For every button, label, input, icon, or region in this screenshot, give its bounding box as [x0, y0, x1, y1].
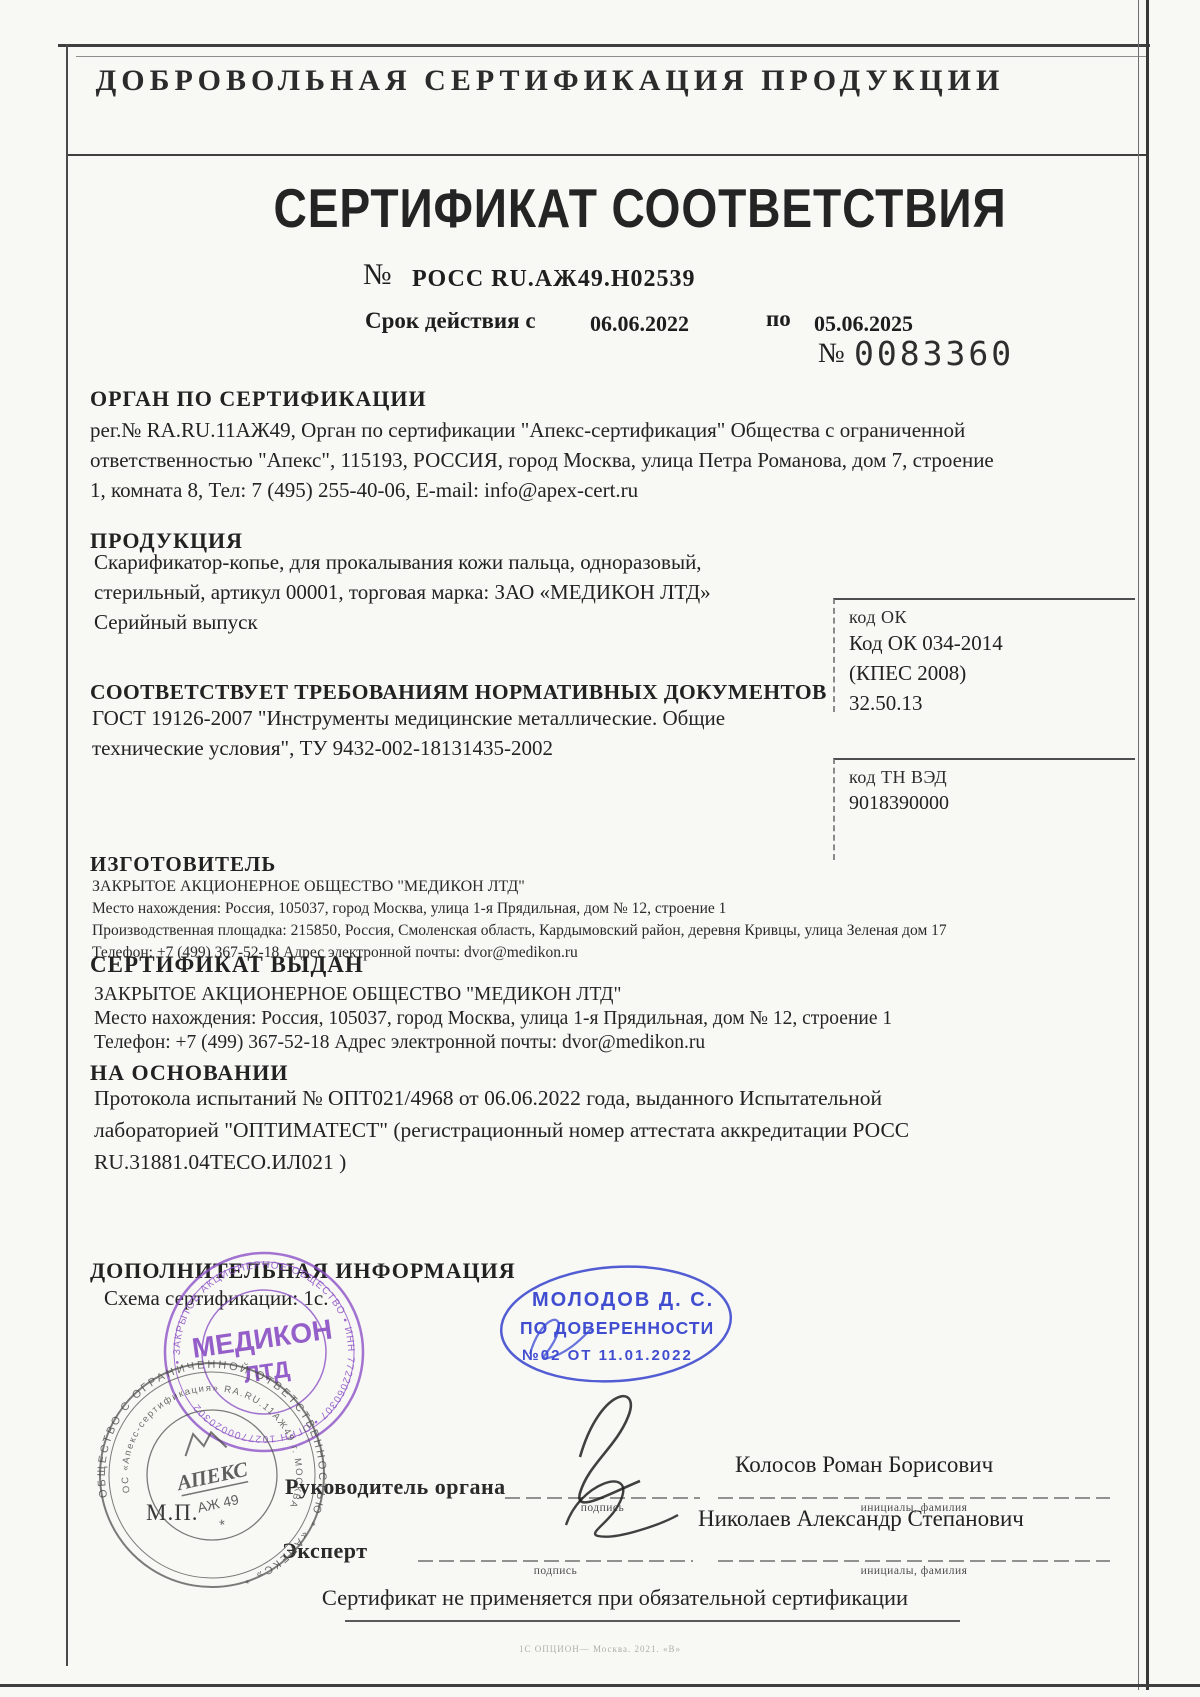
cert-number-value: РОСС RU.АЖ49.Н02539 [412, 266, 696, 293]
right-border-outer-line [1146, 0, 1149, 1690]
valid-from-date: 06.06.2022 [590, 311, 689, 337]
product-text-line: стерильный, артикул 00001, торговая марк… [94, 580, 711, 605]
issued-to-text-line: Место нахождения: Россия, 105037, город … [94, 1008, 892, 1030]
issued-to-text-line: Телефон: +7 (499) 367-52-18 Адрес электр… [94, 1032, 705, 1054]
ok-code-value-line: 32.50.13 [849, 688, 1135, 718]
ok-code-value-line: Код ОК 034-2014 [849, 628, 1135, 658]
head-of-body-name: Колосов Роман Борисович [735, 1452, 993, 1478]
manufacturer-text-line: Производственная площадка: 215850, Росси… [92, 922, 947, 940]
head-of-body-signature-stroke [579, 1396, 640, 1502]
tnved-code-label: код ТН ВЭД [849, 767, 1135, 788]
top-inner-line [76, 56, 1146, 57]
certificate-page: ДОБРОВОЛЬНАЯ СЕРТИФИКАЦИЯ ПРОДУКЦИИ СЕРТ… [0, 0, 1200, 1697]
left-border-line [66, 44, 68, 1666]
issued-to-text-line: ЗАКРЫТОЕ АКЦИОНЕРНОЕ ОБЩЕСТВО "МЕДИКОН Л… [94, 984, 621, 1006]
footer-note: Сертификат не применяется при обязательн… [140, 1585, 1090, 1611]
top-border-line [58, 44, 1150, 47]
approval-stamp-name-text: МОЛОДОВ Д. С. [532, 1289, 714, 1311]
tnved-code-box: код ТН ВЭД 9018390000 [833, 758, 1135, 860]
approval-stamp-date-text: №02 ОТ 11.01.2022 [522, 1347, 693, 1364]
manufacturer-section-heading: ИЗГОТОВИТЕЛЬ [90, 852, 276, 877]
handwritten-signatures [510, 1365, 730, 1550]
manufacturer-text-line: Место нахождения: Россия, 105037, город … [92, 900, 726, 918]
form-number-sign: № [818, 338, 845, 370]
ok-code-box: код ОК Код ОК 034-2014 (КПЕС 2008) 32.50… [833, 598, 1135, 712]
apex-round-stamp: ОБЩЕСТВО С ОГРАНИЧЕННОЙ ОТВЕТСТВЕННОСТЬЮ… [70, 1333, 355, 1618]
signature-line [418, 1560, 693, 1562]
ok-code-label: код ОК [849, 607, 1135, 628]
requirements-text-line: технические условия", ТУ 9432-002-181314… [92, 736, 553, 761]
print-house-info: 1С ОПЦИОН— Москва. 2021. «В» [90, 1644, 1110, 1654]
requirements-section-heading: СООТВЕТСТВУЕТ ТРЕБОВАНИЯМ НОРМАТИВНЫХ ДО… [90, 680, 827, 705]
product-text-line: Серийный выпуск [94, 610, 258, 635]
header-underline [66, 154, 1148, 156]
form-number-value: 0083360 [854, 334, 1014, 373]
name-caption: инициалы, фамилия [718, 1565, 1110, 1577]
validity-label: Срок действия с [365, 308, 536, 334]
name-caption: инициалы, фамилия [718, 1502, 1110, 1514]
basis-text-line: лабораторией "ОПТИМАТЕСТ" (регистрационн… [94, 1118, 909, 1143]
name-line [718, 1497, 1110, 1499]
apex-stamp-logo-mark [181, 1428, 226, 1456]
org-section-heading: ОРГАН ПО СЕРТИФИКАЦИИ [90, 386, 427, 412]
issued-to-section-heading: СЕРТИФИКАТ ВЫДАН [90, 952, 364, 978]
basis-text-line: Протокола испытаний № ОПТ021/4968 от 06.… [94, 1086, 882, 1111]
product-text-line: Скарификатор-копье, для прокалывания кож… [94, 550, 702, 575]
org-text-line: рег.№ RA.RU.11АЖ49, Орган по сертификаци… [90, 418, 965, 443]
tnved-code-value-line: 9018390000 [849, 788, 1135, 818]
signature-caption: подпись [418, 1565, 693, 1577]
cert-number-sign: № [363, 258, 392, 292]
basis-text-line: RU.31881.04ТЕСО.ИЛ021 ) [94, 1150, 346, 1175]
bottom-border-line [0, 1684, 1200, 1687]
apex-stamp-center-text: АЖ 49 [196, 1491, 240, 1515]
valid-to-label: по [766, 306, 791, 332]
name-line [718, 1560, 1110, 1562]
certificate-title: СЕРТИФИКАТ СООТВЕТСТВИЯ [195, 176, 1085, 240]
basis-section-heading: НА ОСНОВАНИИ [90, 1060, 289, 1086]
ok-code-value-line: (КПЕС 2008) [849, 658, 1135, 688]
org-text-line: ответственностью "Апекс", 115193, РОССИЯ… [90, 448, 994, 473]
org-text-line: 1, комната 8, Тел: 7 (495) 255-40-06, E-… [90, 478, 638, 503]
pre-footer-line [345, 1620, 960, 1622]
document-header-title: ДОБРОВОЛЬНАЯ СЕРТИФИКАЦИЯ ПРОДУКЦИИ [70, 64, 1030, 98]
apex-stamp-star: * [218, 1516, 227, 1534]
manufacturer-text-line: ЗАКРЫТОЕ АКЦИОНЕРНОЕ ОБЩЕСТВО "МЕДИКОН Л… [92, 878, 525, 896]
right-border-inner-line [1138, 0, 1139, 1690]
requirements-text-line: ГОСТ 19126-2007 "Инструменты медицинские… [92, 706, 725, 731]
